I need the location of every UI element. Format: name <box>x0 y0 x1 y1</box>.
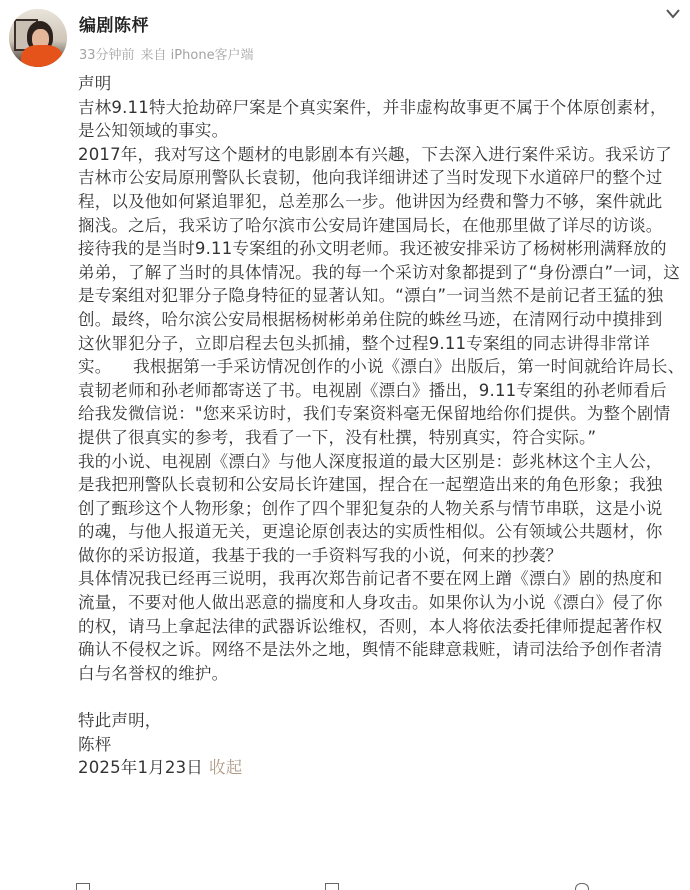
body-line: 袁韧老师和孙老师都寄送了书。电视剧《漂白》播出，9.11专案组的孙老师看后 <box>78 379 678 403</box>
body-line: 创。最终，哈尔滨公安局根据杨树彬弟弟住院的蛛丝马迹，在清网行动中摸排到 <box>78 308 678 332</box>
body-line: 我的小说、电视剧《漂白》与他人深度报道的最大区别是：彭兆林这个主人公， <box>78 450 678 474</box>
avatar-scarf <box>21 45 63 67</box>
body-line: 接待我的是当时9.11专案组的孙文明老师。我还被安排采访了杨树彬刑满释放的 <box>78 237 678 261</box>
body-line: 白与名誉权的维护。 <box>78 662 678 686</box>
body-line: 给我发微信说："您来采访时，我们专案资料毫无保留地给你们提供。为整个剧情 <box>78 402 678 426</box>
closing-line: 特此声明， <box>78 709 678 733</box>
statement-title: 声明 <box>78 72 678 96</box>
post-time[interactable]: 33分钟前 <box>79 48 135 63</box>
body-line: 确认不侵权之诉。网络不是法外之地，舆情不能肆意栽赃，请司法给予创作者清 <box>78 638 678 662</box>
body-line: 这伙罪犯分子，立即启程去包头抓捕，整个过程9.11专案组的同志讲得非常详 <box>78 332 678 356</box>
body-line: 吉林市公安局原刑警队长袁韧，他向我详细讲述了当时发现下水道碎尸的整个过 <box>78 166 678 190</box>
action-bar <box>0 883 690 890</box>
post-body: 声明 吉林9.11特大抢劫碎尸案是个真实案件，并非虚构故事更不属于个体原创素材，… <box>78 72 678 780</box>
repost-icon[interactable] <box>76 883 90 890</box>
collapse-link[interactable]: 收起 <box>209 758 242 777</box>
post-date: 2025年1月23日 <box>78 758 203 777</box>
body-line: 2017年，我对写这个题材的电影剧本有兴趣，下去深入进行案件采访。我采访了 <box>78 143 678 167</box>
body-line: 的魂，与他人报道无关，更遑论原创表达的实质性相似。公有领域公共题材，你 <box>78 520 678 544</box>
body-line: 实。 我根据第一手采访情况创作的小说《漂白》出版后，第一时间就给许局长、 <box>78 355 678 379</box>
date-line: 2025年1月23日收起 <box>78 756 678 780</box>
comment-icon[interactable] <box>325 883 339 890</box>
body-line: 的权，请马上拿起法律的武器诉讼维权，否则，本人将依法委托律师提起著作权 <box>78 615 678 639</box>
body-line: 具体情况我已经再三说明，我再次郑告前记者不要在网上蹭《漂白》剧的热度和 <box>78 567 678 591</box>
body-line: 做你的采访报道，我基于我的一手资料写我的小说，何来的抄袭？ <box>78 544 678 568</box>
author-avatar[interactable] <box>9 9 67 67</box>
body-line: 弟弟，了解了当时的具体情况。我的每一个采访对象都提到了“身份漂白”一词，这 <box>78 261 678 285</box>
post-meta: 33分钟前来自 iPhone客户端 <box>79 44 254 63</box>
body-line: 吉林9.11特大抢劫碎尸案是个真实案件，并非虚构故事更不属于个体原创素材， <box>78 96 678 120</box>
paragraph-spacer <box>78 685 678 709</box>
like-icon[interactable] <box>575 883 589 890</box>
body-line: 搁浅。之后，我采访了哈尔滨市公安局许建国局长，在他那里做了详尽的访谈。 <box>78 214 678 238</box>
chevron-down-icon[interactable] <box>665 8 681 20</box>
body-line: 是我把刑警队长袁韧和公安局长许建国，捏合在一起塑造出来的角色形象；我独 <box>78 473 678 497</box>
body-line: 创了甄珍这个人物形象；创作了四个罪犯复杂的人物关系与情节串联，这是小说 <box>78 497 678 521</box>
body-line: 是专案组对犯罪分子隐身特征的显著认知。“漂白”一词当然不是前记者王猛的独 <box>78 284 678 308</box>
body-line: 提供了很真实的参考，我看了一下，没有杜撰，特别真实，符合实际。” <box>78 426 678 450</box>
body-line: 流量，不要对他人做出恶意的揣度和人身攻击。如果你认为小说《漂白》侵了你 <box>78 591 678 615</box>
body-line: 程，以及他如何紧追罪犯，总差那么一步。他讲因为经费和警力不够，案件就此 <box>78 190 678 214</box>
post-source: 来自 iPhone客户端 <box>141 48 254 63</box>
body-line: 是公知领域的事实。 <box>78 119 678 143</box>
signature: 陈枰 <box>78 733 678 757</box>
author-name[interactable]: 编剧陈枰 <box>79 11 149 36</box>
